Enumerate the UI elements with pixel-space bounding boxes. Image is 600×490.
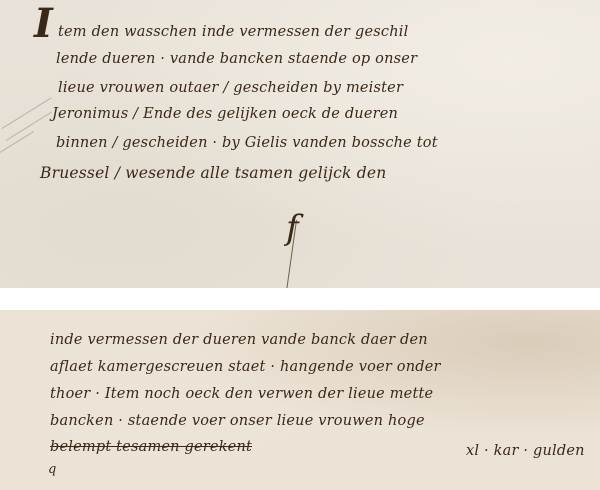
- pencil-mark: [2, 97, 52, 129]
- manuscript-line: Bruessel / wesende alle tsamen gelijck d…: [40, 164, 386, 182]
- manuscript-line: thoer · Item noch oeck den verwen der li…: [50, 386, 433, 402]
- manuscript-line: lieue vrouwen outaer / gescheiden by mei…: [58, 80, 403, 96]
- manuscript-line: bancken · staende voer onser lieue vrouw…: [50, 413, 425, 429]
- pencil-mark: [6, 111, 52, 140]
- decorated-initial: I: [34, 4, 53, 44]
- manuscript-line: tem den wasschen inde vermessen der gesc…: [58, 24, 408, 40]
- line-start-mark: q: [48, 462, 57, 477]
- manuscript-line: inde vermessen der dueren vande banck da…: [50, 332, 428, 348]
- manuscript-line: aflaet kamergescreuen staet · hangende v…: [50, 359, 441, 375]
- margin-amount-note: xl · kar · gulden: [466, 443, 585, 459]
- manuscript-line: Jeronimus / Ende des gelijken oeck de du…: [52, 106, 398, 122]
- manuscript-line: binnen / gescheiden · by Gielis vanden b…: [56, 135, 438, 151]
- manuscript-line-struck: belempt tesamen gerekent: [50, 439, 252, 455]
- manuscript-panel-top: I tem den wasschen inde vermessen der ge…: [0, 0, 600, 288]
- pencil-mark: [0, 131, 34, 153]
- manuscript-line: lende dueren · vande bancken staende op …: [56, 51, 417, 67]
- manuscript-panel-bottom: inde vermessen der dueren vande banck da…: [0, 310, 600, 490]
